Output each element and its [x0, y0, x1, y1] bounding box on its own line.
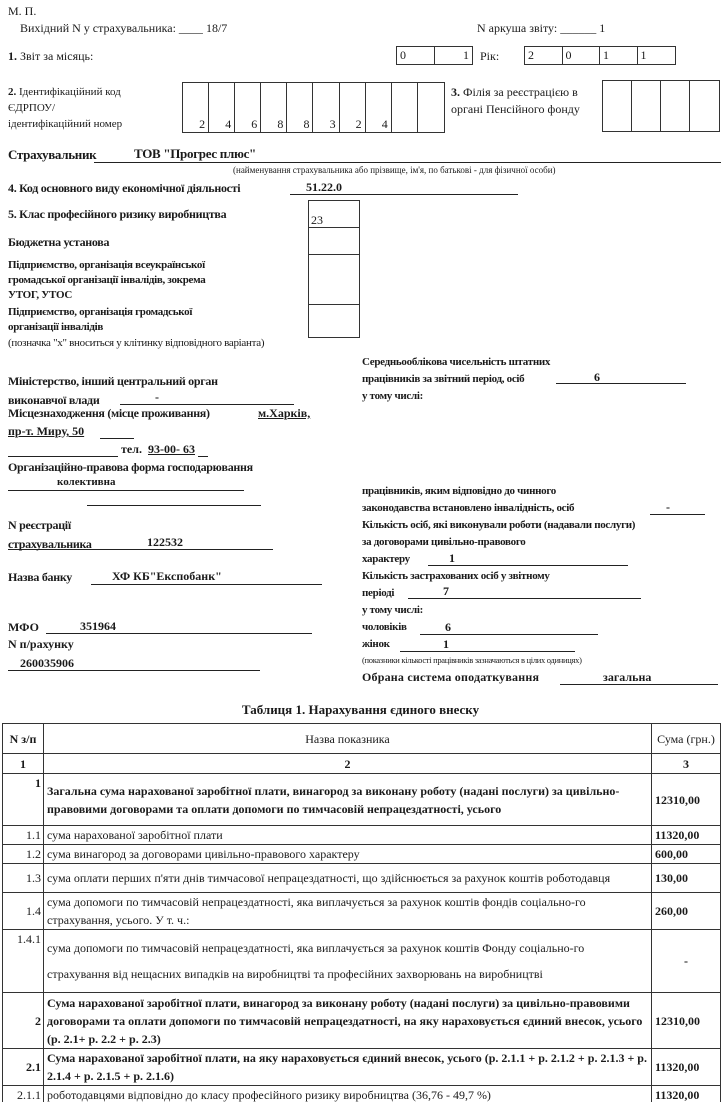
row-sum[interactable]: 11320,00 — [652, 826, 721, 845]
year-digit-cell[interactable]: 1 — [600, 47, 638, 64]
edrpou-digit-cell[interactable]: 6 — [235, 83, 261, 132]
location-underline — [100, 438, 134, 439]
row-number: 1 — [3, 774, 44, 826]
edrpou-label-line-2: ЄДРПОУ/ — [8, 102, 55, 114]
month-label-text: Звіт за місяць: — [17, 49, 93, 63]
civil-contract-line-1: Кількість осіб, які виконували роботи (н… — [362, 519, 635, 531]
table-row: 1.1сума нарахованої заробітної плати1132… — [3, 826, 721, 845]
row-number: 1.1 — [3, 826, 44, 845]
activity-value[interactable]: 51.22.0 — [306, 180, 342, 195]
insured-value[interactable]: 7 — [443, 584, 449, 599]
row-name: сума оплати перших п'яти днів тимчасової… — [44, 864, 652, 893]
month-digit-cell[interactable]: 0 — [397, 47, 435, 64]
men-value[interactable]: 6 — [445, 620, 451, 635]
org-all-checkbox[interactable] — [309, 255, 359, 305]
civil-contract-line-2: за договорами цивільно-правового — [362, 536, 525, 548]
row-name: Сума нарахованої заробітної плати, на як… — [44, 1049, 652, 1086]
branch-digit-cell[interactable] — [690, 81, 719, 131]
table-row: 1.3сума оплати перших п'яти днів тимчасо… — [3, 864, 721, 893]
insured-underline — [408, 598, 641, 599]
sheet-number: N аркуша звіту: ______ 1 — [477, 21, 605, 36]
org-all-line-3: УТОГ, УТОС — [8, 289, 72, 301]
avg-headcount-underline — [556, 383, 686, 384]
bank-underline — [91, 584, 322, 585]
bank-value[interactable]: ХФ КБ"Експобанк" — [112, 569, 222, 584]
units-note: (показники кількості працівників зазнача… — [362, 655, 582, 665]
edrpou-digit-cell[interactable]: 2 — [340, 83, 366, 132]
table-row: 1.4.1сума допомоги по тимчасовій непраце… — [3, 930, 721, 993]
insured-including: у тому числі: — [362, 604, 423, 616]
disabled-line-1: працівників, яким відповідно до чинного — [362, 485, 556, 497]
row-name: сума допомоги по тимчасовій непрацездатн… — [44, 930, 652, 993]
row-name: сума винагород за договорами цивільно-пр… — [44, 845, 652, 864]
sheet-number-label: N аркуша звіту: ______ — [477, 21, 599, 35]
row-name: роботодавцями відповідно до класу профес… — [44, 1086, 652, 1102]
risk-class-value-cell[interactable]: 23 — [309, 201, 359, 228]
branch-field[interactable] — [602, 80, 720, 132]
year-label: Рік: — [480, 49, 499, 64]
edrpou-digit-cell[interactable]: 4 — [209, 83, 235, 132]
table1-title: Таблиця 1. Нарахування єдиного внеску — [0, 702, 721, 718]
budget-label: Бюджетна установа — [8, 235, 109, 250]
column-header-number: N з/п — [3, 724, 44, 754]
activity-underline — [290, 194, 518, 195]
location-value-1[interactable]: м.Харків, — [258, 406, 310, 421]
edrpou-label-line-3: ідентифікаційний номер — [8, 118, 122, 130]
column-number-1: 1 — [3, 754, 44, 774]
org-all-line-2: громадської організації інвалідів, зокре… — [8, 274, 205, 286]
mark-note: (позначка "х" вноситься у клітинку відпо… — [8, 337, 264, 349]
row-number: 1.4.1 — [3, 930, 44, 993]
org-all-line-1: Підприємство, організація всеукраїнської — [8, 259, 205, 271]
phone-label: тел. — [121, 442, 142, 457]
disabled-label: працівників, яким відповідно до чинного … — [362, 483, 574, 517]
month-digit-cell[interactable]: 1 — [435, 47, 473, 64]
women-value[interactable]: 1 — [443, 637, 449, 652]
outgoing-number: Вихідний N у страхувальника: ____ 18/7 — [20, 21, 227, 36]
org-public-checkbox[interactable] — [309, 305, 359, 337]
disabled-value[interactable]: - — [666, 500, 670, 515]
branch-digit-cell[interactable] — [603, 81, 632, 131]
avg-headcount-line-1: Середньооблікова чисельність штатних — [362, 356, 550, 368]
row-sum[interactable]: 11320,00 — [652, 1049, 721, 1086]
civil-contract-label: Кількість осіб, які виконували роботи (н… — [362, 517, 635, 568]
table-row: 1Загальна сума нарахованої заробітної пл… — [3, 774, 721, 826]
row-name: сума допомоги по тимчасовій непрацездатн… — [44, 893, 652, 930]
edrpou-digit-cell[interactable] — [418, 83, 444, 132]
contribution-table: N з/п Назва показника Сума (грн.) 1 2 3 … — [2, 723, 721, 1102]
table-header-row: N з/п Назва показника Сума (грн.) — [3, 724, 721, 754]
avg-headcount-including: у тому числі: — [362, 390, 423, 402]
org-all-label: Підприємство, організація всеукраїнської… — [8, 258, 205, 303]
civil-contract-value[interactable]: 1 — [449, 551, 455, 566]
insured-line-2: періоді — [362, 587, 394, 599]
row-sum[interactable]: 12310,00 — [652, 993, 721, 1049]
outgoing-number-value: 18/7 — [206, 21, 227, 35]
bank-label: Назва банку — [8, 570, 72, 585]
year-field[interactable]: 2011 — [524, 46, 676, 65]
row-sum[interactable]: 11320,00 — [652, 1086, 721, 1102]
year-digit-cell[interactable]: 0 — [563, 47, 601, 64]
location-value-2[interactable]: пр-т. Миру, 50 — [8, 424, 84, 439]
insurer-value[interactable]: ТОВ "Прогрес плюс" — [134, 146, 256, 162]
insurer-label: Страхувальник — [8, 147, 96, 163]
row-number: 1.4 — [3, 893, 44, 930]
month-field[interactable]: 01 — [396, 46, 473, 65]
registration-underline — [8, 549, 273, 550]
account-label: N п/рахунку — [8, 637, 74, 652]
row-number: 1.3 — [3, 864, 44, 893]
location-label: Місцезнаходження (місце проживання) — [8, 406, 210, 421]
disabled-underline — [650, 514, 705, 515]
disabled-line-2: законодавства встановлено інвалідність, … — [362, 502, 574, 514]
table-row: 2.1Сума нарахованої заробітної плати, на… — [3, 1049, 721, 1086]
table-row: 2.1.1роботодавцями відповідно до класу п… — [3, 1086, 721, 1102]
edrpou-field[interactable]: 24688324 — [182, 82, 445, 133]
column-number-3: 3 — [652, 754, 721, 774]
table-row: 1.2сума винагород за договорами цивільно… — [3, 845, 721, 864]
men-underline — [420, 634, 598, 635]
legal-form-underline-2 — [87, 505, 261, 506]
column-number-2: 2 — [44, 754, 652, 774]
year-digit-cell[interactable]: 1 — [638, 47, 676, 64]
row-sum[interactable]: 130,00 — [652, 864, 721, 893]
risk-class-column: 23 — [308, 200, 360, 338]
row-name: Сума нарахованої заробітної плати, винаг… — [44, 993, 652, 1049]
insurer-underline — [94, 162, 721, 163]
edrpou-digit-cell[interactable]: 2 — [183, 83, 209, 132]
edrpou-digit-cell[interactable] — [392, 83, 418, 132]
edrpou-label-line-1: Ідентифікаційний код — [16, 86, 121, 98]
civil-contract-line-3: характеру — [362, 553, 410, 565]
budget-checkbox[interactable] — [309, 228, 359, 255]
mfo-value[interactable]: 351964 — [80, 619, 116, 634]
men-label: чоловіків — [362, 621, 407, 633]
table-column-numbers-row: 1 2 3 — [3, 754, 721, 774]
legal-form-value[interactable]: колективна — [57, 476, 115, 488]
row-number: 2 — [3, 993, 44, 1049]
edrpou-label: 2. Ідентифікаційний код ЄДРПОУ/ ідентифі… — [8, 84, 122, 132]
ministry-value[interactable]: - — [155, 390, 159, 405]
outgoing-number-label: Вихідний N у страхувальника: ____ — [20, 21, 206, 35]
ministry-line-2: виконавчої влади — [8, 393, 99, 407]
tax-system-underline — [560, 684, 718, 685]
year-digit-cell[interactable]: 2 — [525, 47, 563, 64]
insured-label: Кількість застрахованих осіб у звітному … — [362, 568, 550, 619]
row-name: сума нарахованої заробітної плати — [44, 826, 652, 845]
row-number: 2.1 — [3, 1049, 44, 1086]
row-number: 2.1.1 — [3, 1086, 44, 1102]
edrpou-digit-cell[interactable]: 8 — [261, 83, 287, 132]
insurer-hint: (найменування страхувальника або прізвищ… — [233, 165, 556, 175]
account-value[interactable]: 260035906 — [20, 656, 74, 671]
registration-value[interactable]: 122532 — [147, 535, 183, 550]
column-header-sum: Сума (грн.) — [652, 724, 721, 754]
branch-label: 3. Філія за реєстрацією в органі Пенсійн… — [451, 84, 580, 118]
ministry-line-1: Міністерство, інший центральний орган — [8, 374, 218, 388]
mfo-underline — [46, 633, 312, 634]
org-public-label: Підприємство, організація громадської ор… — [8, 305, 192, 335]
ministry-underline — [120, 404, 294, 405]
branch-label-line-1: Філія за реєстрацією в — [460, 85, 578, 99]
stamp-label: М. П. — [8, 4, 36, 19]
month-label: 1. Звіт за місяць: — [8, 49, 93, 64]
row-sum[interactable]: 260,00 — [652, 893, 721, 930]
month-label-number: 1. — [8, 49, 17, 63]
tax-system-value[interactable]: загальна — [603, 670, 651, 685]
row-number: 1.2 — [3, 845, 44, 864]
women-underline — [400, 651, 575, 652]
civil-contract-underline — [428, 565, 628, 566]
org-public-line-2: організації інвалідів — [8, 321, 103, 333]
insured-line-1: Кількість застрахованих осіб у звітному — [362, 570, 550, 582]
sheet-number-value: 1 — [599, 21, 605, 35]
registration-line-1: N реєстрації — [8, 518, 71, 532]
row-name: Загальна сума нарахованої заробітної пла… — [44, 774, 652, 826]
phone-value[interactable]: 93-00- 63 — [148, 442, 195, 457]
phone-underline-right — [198, 456, 208, 457]
edrpou-label-number: 2. — [8, 86, 16, 98]
phone-underline-left — [8, 456, 118, 457]
edrpou-digit-cell[interactable]: 4 — [366, 83, 392, 132]
legal-form-underline — [8, 490, 244, 491]
edrpou-digit-cell[interactable]: 8 — [287, 83, 313, 132]
row-sum[interactable]: 12310,00 — [652, 774, 721, 826]
branch-digit-cell[interactable] — [632, 81, 661, 131]
org-public-line-1: Підприємство, організація громадської — [8, 306, 192, 318]
table-row: 2Сума нарахованої заробітної плати, вина… — [3, 993, 721, 1049]
risk-class-label: 5. Клас професійного ризику виробництва — [8, 207, 226, 222]
legal-form-label: Організаційно-правова форма господарюван… — [8, 460, 253, 475]
row-sum[interactable]: - — [652, 930, 721, 993]
avg-headcount-label: Середньооблікова чисельність штатних пра… — [362, 354, 550, 405]
activity-label: 4. Код основного виду економічної діяльн… — [8, 181, 240, 196]
branch-digit-cell[interactable] — [661, 81, 690, 131]
women-label: жінок — [362, 638, 390, 650]
avg-headcount-line-2: працівників за звітний період, осіб — [362, 373, 524, 385]
branch-label-number: 3. — [451, 85, 460, 99]
edrpou-digit-cell[interactable]: 3 — [313, 83, 339, 132]
mfo-label: МФО — [8, 620, 39, 635]
row-sum[interactable]: 600,00 — [652, 845, 721, 864]
tax-system-label: Обрана система оподаткування — [362, 670, 539, 685]
table-row: 1.4сума допомоги по тимчасовій непрацезд… — [3, 893, 721, 930]
branch-label-line-2: органі Пенсійного фонду — [451, 102, 580, 116]
account-underline — [8, 670, 260, 671]
column-header-name: Назва показника — [44, 724, 652, 754]
